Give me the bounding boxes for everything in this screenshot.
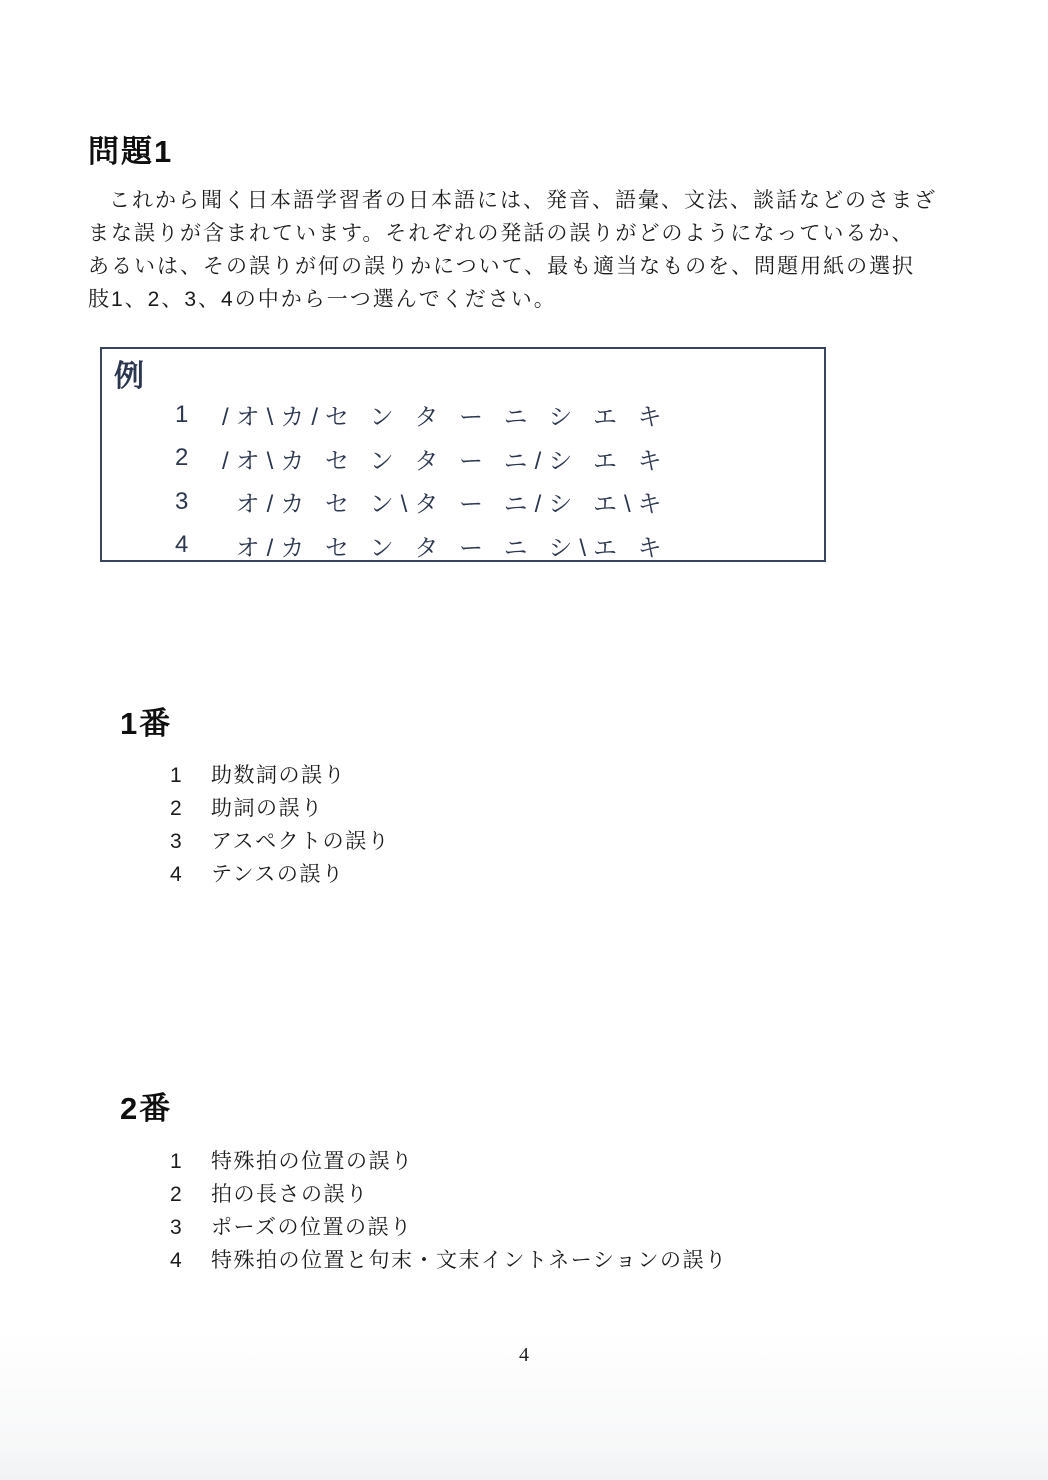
- option-text: ポーズの位置の誤り: [211, 1211, 412, 1244]
- question-1-option-2: 2助詞の誤り: [170, 792, 990, 825]
- document-page: 問題1 これから聞く日本語学習者の日本語には、発音、語彙、文法、談話などのさまざ…: [0, 0, 1048, 1480]
- option-number: 3: [170, 1211, 211, 1244]
- option-number: 1: [175, 401, 222, 429]
- instruction-line: あるいは、その誤りが何の誤りかについて、最も適当なものを、問題用紙の選択: [88, 250, 988, 283]
- example-option-4: 4 オ/カ セ ン タ ー ニ シ\エ キ: [175, 524, 824, 568]
- example-label: 例: [114, 351, 144, 395]
- option-text: アスペクトの誤り: [211, 825, 390, 858]
- question-1-option-1: 1助数詞の誤り: [170, 759, 990, 792]
- option-number: 4: [170, 1244, 211, 1277]
- question-2-option-3: 3ポーズの位置の誤り: [170, 1211, 990, 1244]
- page-number: 4: [0, 1344, 1048, 1367]
- question-2-option-4: 4特殊拍の位置と句末・文末イントネーションの誤り: [170, 1244, 990, 1277]
- instruction-line: これから聞く日本語学習者の日本語には、発音、語彙、文法、談話などのさまざ: [88, 184, 988, 217]
- question-1-label: 1番: [120, 698, 172, 743]
- option-text: オ/カ セ ン\タ ー ニ/シ エ\キ: [222, 484, 669, 519]
- option-text: 拍の長さの誤り: [211, 1178, 369, 1211]
- question-1-option-3: 3アスペクトの誤り: [170, 825, 990, 858]
- option-text: 助詞の誤り: [211, 792, 324, 825]
- question-2-option-1: 1特殊拍の位置の誤り: [170, 1145, 990, 1178]
- option-text: /オ\カ/セ ン タ ー ニ シ エ キ: [222, 397, 669, 432]
- example-option-1: 1/オ\カ/セ ン タ ー ニ シ エ キ: [175, 393, 824, 437]
- problem-title: 問題1: [88, 126, 173, 171]
- instruction-line: 肢1、2、3、4の中から一つ選んでください。: [88, 283, 988, 316]
- option-text: オ/カ セ ン タ ー ニ シ\エ キ: [222, 528, 669, 563]
- option-number: 2: [170, 1178, 211, 1211]
- option-number: 3: [170, 825, 211, 858]
- example-option-2: 2/オ\カ セ ン タ ー ニ/シ エ キ: [175, 437, 824, 481]
- example-options: 1/オ\カ/セ ン タ ー ニ シ エ キ 2/オ\カ セ ン タ ー ニ/シ …: [175, 393, 824, 567]
- problem-instructions: これから聞く日本語学習者の日本語には、発音、語彙、文法、談話などのさまざ まな誤…: [88, 184, 988, 316]
- question-2-option-2: 2拍の長さの誤り: [170, 1178, 990, 1211]
- question-1-options: 1助数詞の誤り 2助詞の誤り 3アスペクトの誤り 4テンスの誤り: [170, 759, 990, 891]
- instruction-line: まな誤りが含まれています。それぞれの発話の誤りがどのようになっているか、: [88, 217, 988, 250]
- option-number: 1: [170, 759, 211, 792]
- option-number: 3: [175, 488, 222, 516]
- option-text: 特殊拍の位置と句末・文末イントネーションの誤り: [211, 1244, 727, 1277]
- option-number: 4: [175, 531, 222, 559]
- option-number: 2: [170, 792, 211, 825]
- option-text: テンスの誤り: [211, 858, 344, 891]
- example-box: 例 1/オ\カ/セ ン タ ー ニ シ エ キ 2/オ\カ セ ン タ ー ニ/…: [100, 347, 826, 562]
- question-1-option-4: 4テンスの誤り: [170, 858, 990, 891]
- option-text: 助数詞の誤り: [211, 759, 346, 792]
- option-number: 4: [170, 858, 211, 891]
- question-2-label: 2番: [120, 1083, 172, 1128]
- example-option-3: 3 オ/カ セ ン\タ ー ニ/シ エ\キ: [175, 480, 824, 524]
- option-text: /オ\カ セ ン タ ー ニ/シ エ キ: [222, 441, 669, 476]
- option-text: 特殊拍の位置の誤り: [211, 1145, 414, 1178]
- question-2-options: 1特殊拍の位置の誤り 2拍の長さの誤り 3ポーズの位置の誤り 4特殊拍の位置と句…: [170, 1145, 990, 1277]
- option-number: 1: [170, 1145, 211, 1178]
- option-number: 2: [175, 444, 222, 472]
